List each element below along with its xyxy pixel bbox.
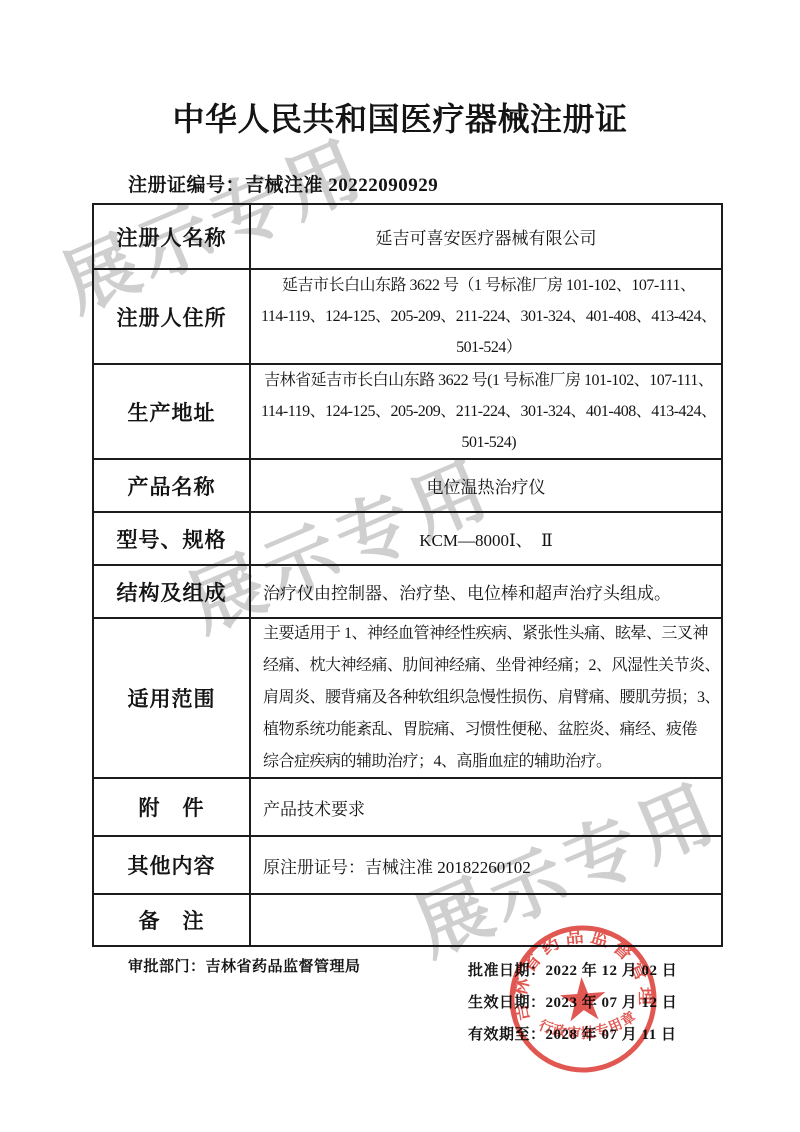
row-value-product-name: 电位温热治疗仪 bbox=[251, 460, 721, 511]
cell-line: 114-119、124-125、205-209、211-224、301-324、… bbox=[261, 396, 717, 427]
cell-line: 501-524） bbox=[261, 332, 717, 363]
registration-number-line: 注册证编号：吉械注准 20222090929 bbox=[128, 170, 438, 197]
table-row-remarks: 备 注 bbox=[94, 895, 721, 945]
cell-line: 114-119、124-125、205-209、211-224、301-324、… bbox=[261, 301, 717, 332]
table-row-structure-composition: 结构及组成 治疗仪由控制器、治疗垫、电位棒和超声治疗头组成。 bbox=[94, 566, 721, 619]
cell-line: 原注册证号：吉械注准 20182260102 bbox=[261, 853, 713, 878]
table-row-product-name: 产品名称 电位温热治疗仪 bbox=[94, 460, 721, 513]
row-label-attachment: 附 件 bbox=[94, 779, 251, 835]
row-value-scope-of-application: 主要适用于 1、神经血管神经性疾病、紧张性头痛、眩晕、三叉神 经痛、枕大神经痛、… bbox=[251, 619, 730, 777]
approval-date-value: 2022 年 12 月 02 日 bbox=[546, 963, 678, 979]
row-value-registrant-name: 延吉可喜安医疗器械有限公司 bbox=[251, 205, 721, 268]
row-label-scope-of-application: 适用范围 bbox=[94, 619, 251, 777]
approval-date-label: 批准日期： bbox=[468, 963, 546, 979]
effective-date-value: 2023 年 07 月 12 日 bbox=[546, 995, 678, 1011]
row-value-structure-composition: 治疗仪由控制器、治疗垫、电位棒和超声治疗头组成。 bbox=[251, 566, 721, 617]
effective-date-label: 生效日期： bbox=[468, 995, 546, 1011]
cell-line: 经痛、枕大神经痛、肋间神经痛、坐骨神经痛；2、风湿性关节炎、 bbox=[261, 650, 722, 682]
expiry-date-line: 有效期至：2028 年 07 月 11 日 bbox=[468, 1019, 677, 1051]
table-row-other-content: 其他内容 原注册证号：吉械注准 20182260102 bbox=[94, 837, 721, 895]
approval-department-line: 审批部门：吉林省药品监督管理局 bbox=[128, 955, 361, 976]
table-row-model-spec: 型号、规格 KCM—8000Ⅰ、 Ⅱ bbox=[94, 513, 721, 566]
table-row-attachment: 附 件 产品技术要求 bbox=[94, 779, 721, 837]
expiry-date-label: 有效期至： bbox=[468, 1027, 546, 1043]
approval-department-label: 审批部门： bbox=[128, 959, 206, 975]
cell-line: 延吉可喜安医疗器械有限公司 bbox=[261, 224, 711, 249]
row-value-remarks bbox=[251, 895, 721, 945]
row-value-other-content: 原注册证号：吉械注准 20182260102 bbox=[251, 837, 721, 893]
approval-department-value: 吉林省药品监督管理局 bbox=[206, 959, 361, 975]
row-value-attachment: 产品技术要求 bbox=[251, 779, 721, 835]
row-value-model-spec: KCM—8000Ⅰ、 Ⅱ bbox=[251, 513, 721, 564]
row-label-other-content: 其他内容 bbox=[94, 837, 251, 893]
certificate-page: 展示专用 展示专用 展示专用 中华人民共和国医疗器械注册证 注册证编号：吉械注准… bbox=[0, 0, 800, 1132]
cell-line: 综合症疾病的辅助治疗；4、高脂血症的辅助治疗。 bbox=[261, 746, 722, 778]
cell-line: 肩周炎、腰背痛及各种软组织急慢性损伤、肩臂痛、腰肌劳损；3、 bbox=[261, 682, 722, 714]
row-label-registrant-address: 注册人住所 bbox=[94, 270, 251, 363]
row-value-production-address: 吉林省延吉市长白山东路 3622 号(1 号标准厂房 101-102、107-1… bbox=[251, 365, 727, 458]
approval-date-line: 批准日期：2022 年 12 月 02 日 bbox=[468, 955, 677, 987]
cell-line: 产品技术要求 bbox=[261, 795, 713, 820]
registration-number-value: 吉械注准 20222090929 bbox=[245, 175, 438, 196]
row-label-model-spec: 型号、规格 bbox=[94, 513, 251, 564]
certificate-table: 注册人名称 延吉可喜安医疗器械有限公司 注册人住所 延吉市长白山东路 3622 … bbox=[92, 203, 723, 947]
certificate-title: 中华人民共和国医疗器械注册证 bbox=[0, 94, 800, 140]
registration-number-label: 注册证编号： bbox=[128, 175, 245, 196]
cell-line: 延吉市长白山东路 3622 号（1 号标准厂房 101-102、107-111、 bbox=[261, 270, 717, 301]
cell-line: 501-524) bbox=[261, 427, 717, 458]
row-label-registrant-name: 注册人名称 bbox=[94, 205, 251, 268]
table-row-scope-of-application: 适用范围 主要适用于 1、神经血管神经性疾病、紧张性头痛、眩晕、三叉神 经痛、枕… bbox=[94, 619, 721, 779]
table-row-registrant-address: 注册人住所 延吉市长白山东路 3622 号（1 号标准厂房 101-102、10… bbox=[94, 270, 721, 365]
cell-line: 主要适用于 1、神经血管神经性疾病、紧张性头痛、眩晕、三叉神 bbox=[261, 618, 722, 650]
effective-date-line: 生效日期：2023 年 07 月 12 日 bbox=[468, 987, 677, 1019]
table-row-registrant-name: 注册人名称 延吉可喜安医疗器械有限公司 bbox=[94, 205, 721, 270]
cell-line: 电位温热治疗仪 bbox=[261, 473, 711, 498]
cell-line: 植物系统功能紊乱、胃脘痛、习惯性便秘、盆腔炎、痛经、疲倦 bbox=[261, 714, 722, 746]
cell-line: KCM—8000Ⅰ、 Ⅱ bbox=[261, 526, 711, 551]
row-label-product-name: 产品名称 bbox=[94, 460, 251, 511]
row-value-registrant-address: 延吉市长白山东路 3622 号（1 号标准厂房 101-102、107-111、… bbox=[251, 270, 727, 363]
cell-line: 治疗仪由控制器、治疗垫、电位棒和超声治疗头组成。 bbox=[261, 579, 713, 604]
table-row-production-address: 生产地址 吉林省延吉市长白山东路 3622 号(1 号标准厂房 101-102、… bbox=[94, 365, 721, 460]
cell-line: 吉林省延吉市长白山东路 3622 号(1 号标准厂房 101-102、107-1… bbox=[261, 365, 717, 396]
row-label-production-address: 生产地址 bbox=[94, 365, 251, 458]
row-label-structure-composition: 结构及组成 bbox=[94, 566, 251, 617]
row-label-remarks: 备 注 bbox=[94, 895, 251, 945]
date-block: 批准日期：2022 年 12 月 02 日 生效日期：2023 年 07 月 1… bbox=[468, 955, 677, 1051]
expiry-date-value: 2028 年 07 月 11 日 bbox=[546, 1027, 677, 1043]
